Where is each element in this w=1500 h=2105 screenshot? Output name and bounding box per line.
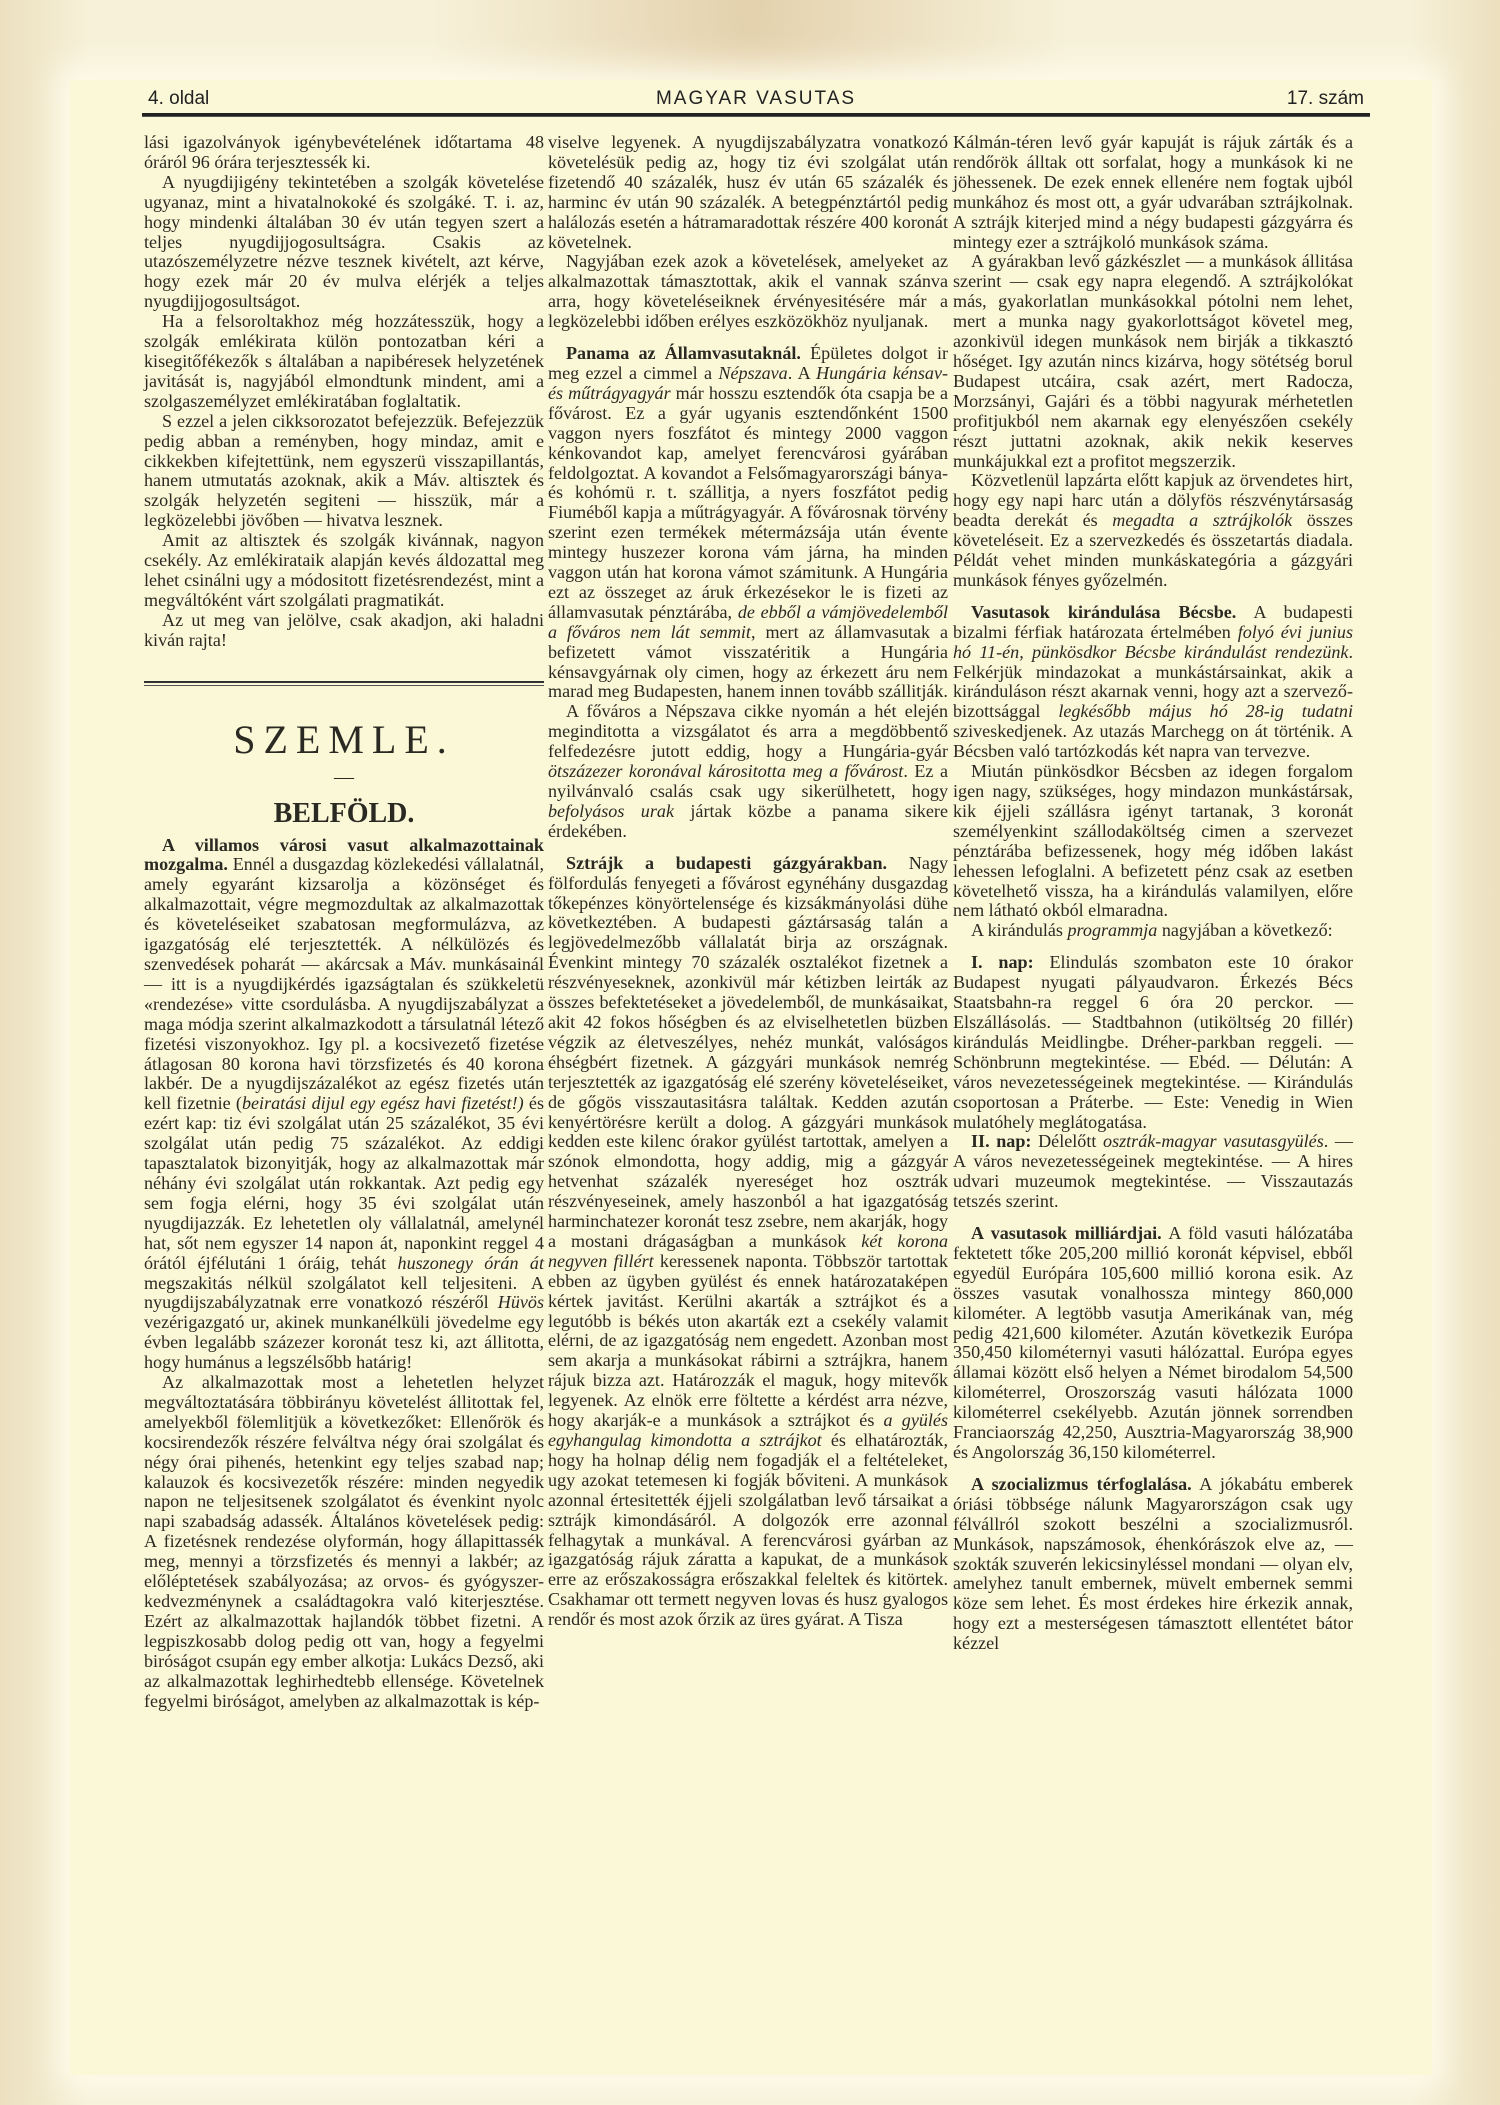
article-paragraph: A kirándulás programmja nagyjában a köve… [953, 921, 1353, 941]
body-text: Az alkalmazottak most a lehetetlen helyz… [144, 1372, 544, 1711]
article-heading: A vasutasok milliárdjai. [971, 1223, 1162, 1243]
body-text: Elindulás szombaton este 10 órakor Budap… [953, 952, 1353, 1131]
article-paragraph: A gyárakban levő gázkészlet — a munkások… [953, 252, 1353, 471]
emphasis-text: Népszava [718, 363, 787, 383]
article-heading: Sztrájk a budapesti gázgyárakban. [566, 853, 887, 873]
article-paragraph: lási igazolványok igénybevételének időta… [144, 133, 544, 173]
issue-number: 17. szám [1287, 88, 1364, 110]
article-paragraph: A villamos városi vasut alkalmazottainak… [144, 836, 544, 1373]
article-paragraph: Az alkalmazottak most a lehetetlen helyz… [144, 1373, 544, 1711]
article-paragraph: Az ut meg van jelölve, csak akadjon, aki… [144, 611, 544, 651]
article-paragraph: Vasutasok kirándulása Bécsbe. A budapest… [953, 603, 1353, 762]
article-paragraph: Amit az altisztek és szolgák kivánnak, n… [144, 531, 544, 611]
body-text: A főváros a Népszava cikke nyomán a hét … [548, 701, 948, 761]
article-paragraph: A szocializmus térfoglalása. A jókabátu … [953, 1475, 1353, 1654]
body-text: Délelőtt [1031, 1131, 1103, 1151]
header-rule [142, 113, 1370, 117]
body-text: Amit az altisztek és szolgák kivánnak, n… [144, 530, 544, 610]
article-paragraph: viselve legyenek. A nyugdijszabályzatra … [548, 133, 948, 252]
masthead: 4. oldal MAGYAR VASUTAS 17. szám [142, 84, 1370, 114]
section-divider [144, 681, 544, 686]
article-heading: Vasutasok kirándulása Bécsbe. [971, 602, 1236, 622]
article-paragraph: A főváros a Népszava cikke nyomán a hét … [548, 702, 948, 841]
article-paragraph: Miután pünkösdkor Bécsben az idegen forg… [953, 762, 1353, 921]
body-text: és elhatározták, hogy ha holnap délig ne… [548, 1430, 948, 1629]
body-text: Miután pünkösdkor Bécsben az idegen forg… [953, 761, 1353, 920]
body-text: A gyárakban levő gázkészlet — a munkások… [953, 251, 1353, 470]
article-heading: Panama az Államvasutaknál. [566, 343, 801, 363]
column-3: Kálmán-téren levő gyár kapuját is rájuk … [953, 133, 1353, 1654]
body-text: keressenek naponta. Többször tartottak e… [548, 1251, 948, 1430]
emphasis-text: legkésőbb május hó 28-ig tudatni [1058, 701, 1353, 721]
article-heading: II. nap: [971, 1131, 1031, 1151]
emphasis-text: befolyásos urak [548, 801, 674, 821]
article-paragraph: S ezzel a jelen cikksorozatot befejezzük… [144, 412, 544, 531]
emphasis-text: programmja [1068, 920, 1158, 940]
article-paragraph: A vasutasok milliárdjai. A föld vasuti h… [953, 1224, 1353, 1463]
article-paragraph: Kálmán-téren levő gyár kapuját is rájuk … [953, 133, 1353, 252]
emphasis-text: megadta a sztrájkolók [1112, 510, 1292, 530]
article-heading: A szocializmus térfoglalása. [971, 1474, 1192, 1494]
body-text: A föld vasuti hálózatába fektetett tőke … [953, 1223, 1353, 1462]
body-text: Nagyjában ezek azok a követelések, amely… [548, 251, 948, 331]
article-paragraph: Sztrájk a budapesti gázgyárakban. Nagy f… [548, 854, 948, 1630]
body-text: A nyugdijigény tekintetében a szolgák kö… [144, 172, 544, 311]
section-title: SZEMLE. [144, 716, 544, 764]
body-text: Nagy fölfordulás fenyegeti a fővárost eg… [548, 853, 948, 1251]
body-text: S ezzel a jelen cikksorozatot befejezzük… [144, 411, 544, 531]
article-heading: I. nap: [971, 952, 1034, 972]
article-paragraph: Panama az Államvasutaknál. Épületes dolg… [548, 344, 948, 702]
section-dash: — [144, 766, 544, 788]
article-paragraph: I. nap: Elindulás szombaton este 10 órak… [953, 953, 1353, 1132]
body-text: lási igazolványok igénybevételének időta… [144, 132, 544, 172]
emphasis-text: beiratási dijul egy egész havi fizetést!… [242, 1093, 524, 1113]
body-text: Ennél a dusgazdag közlekedési vállalatná… [144, 854, 544, 1113]
body-text: . A [788, 363, 816, 383]
body-text: vezérigazgató ur, akinek munkanélküli jö… [144, 1312, 544, 1372]
emphasis-text: ötszázezer koronával kárositotta meg a f… [548, 761, 903, 781]
publication-title: MAGYAR VASUTAS [142, 88, 1370, 110]
body-text: nagyjában a következő: [1157, 920, 1332, 940]
article-paragraph: II. nap: Délelőtt osztrák-magyar vasutas… [953, 1132, 1353, 1212]
article-paragraph: Nagyjában ezek azok a követelések, amely… [548, 252, 948, 332]
column-1: lási igazolványok igénybevételének időta… [144, 133, 544, 1711]
column-2: viselve legyenek. A nyugdijszabályzatra … [548, 133, 948, 1630]
body-text: Ha a felsoroltakhoz még hozzátesszük, ho… [144, 311, 544, 411]
body-text: viselve legyenek. A nyugdijszabályzatra … [548, 132, 948, 252]
article-paragraph: Közvetlenül lapzárta előtt kapjuk az örv… [953, 471, 1353, 590]
body-text: Kálmán-téren levő gyár kapuját is rájuk … [953, 132, 1353, 252]
subsection-title: BELFÖLD. [144, 798, 544, 830]
body-text: és ezért kap: tiz évi szolgálat után 25 … [144, 1093, 544, 1272]
body-text: Az ut meg van jelölve, csak akadjon, aki… [144, 610, 544, 650]
body-text: már hosszu esztendők óta csapja be a főv… [548, 383, 948, 622]
emphasis-text: osztrák-magyar vasutasgyülés [1103, 1131, 1324, 1151]
article-paragraph: Ha a felsoroltakhoz még hozzátesszük, ho… [144, 312, 544, 412]
emphasis-text: huszonegy órán át [398, 1253, 544, 1273]
emphasis-text: Hüvös [498, 1292, 544, 1312]
body-text: sziveskedjenek. Az utazás Marchegg on át… [953, 721, 1353, 761]
body-text: megszakitás nélkül szolgálatot kell telj… [144, 1273, 544, 1313]
body-text: A kirándulás [971, 920, 1068, 940]
article-paragraph: A nyugdijigény tekintetében a szolgák kö… [144, 173, 544, 312]
body-text: A jókabátu emberek óriási többsége nálun… [953, 1474, 1353, 1653]
